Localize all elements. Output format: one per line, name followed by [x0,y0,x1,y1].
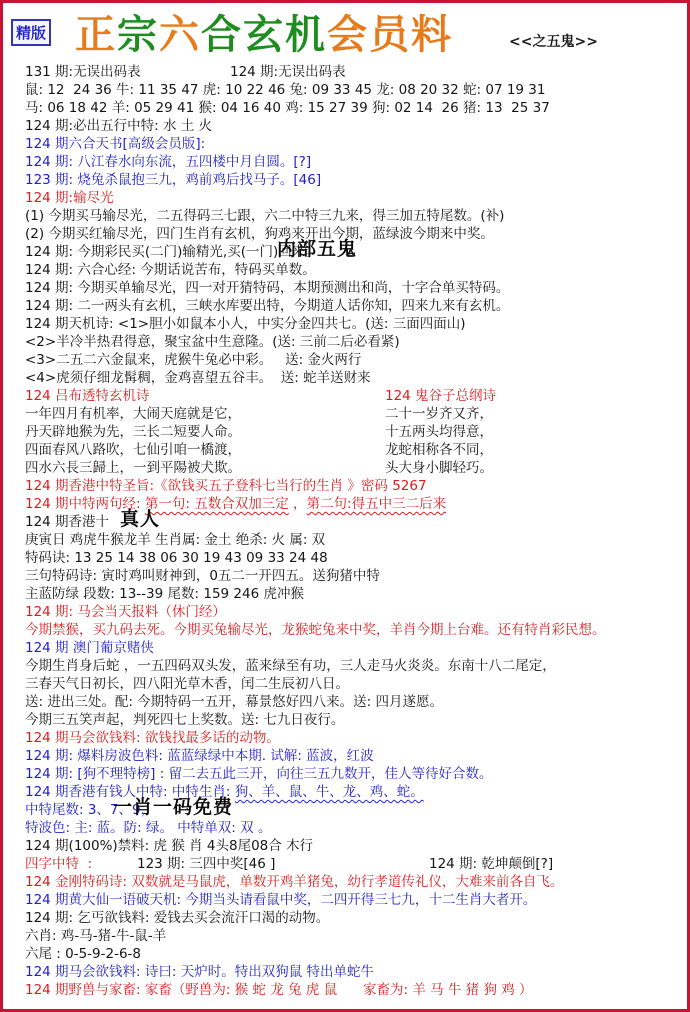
title-char: 宗 [117,12,159,58]
title-char: 料 [411,12,453,58]
text-segment: 狗、羊、鼠、牛、龙、鸡、蛇。 [235,784,424,800]
text-segment: 124 期:输尽光 [25,190,114,206]
text-line: 124 期香港十真人 [25,513,687,531]
text-segment: (1) 今期买马输尽光，二五得码三七跟，六二中特三九来，得三加五特尾数。(补) [25,208,504,224]
text-segment: 124 期: 马会当天报料（休门经） [25,604,226,620]
text-line: 中特尾数: 3、7、9，一肖一码免费 [25,801,687,819]
text-segment: 一年四月有机率，大闹天庭就是它， [25,405,385,423]
text-segment: 龙蛇相称各不同， [385,442,493,458]
text-segment: 124 期: 乾坤颠倒[?] [429,856,553,872]
text-segment: 124 期:无误出码表 [230,64,346,80]
text-line: 124 期: 六合心经: 今期话说苦布，特码买单数。 [25,261,687,279]
text-line: 124 期马会欲钱料: 欲钱找最多话的动物。 [25,729,687,747]
text-segment: 今期生肖身后蛇 ，一五四码双头发，蓝来绿至有功，三人走马火炎炎。东南十八二尾定， [25,658,556,674]
text-segment: 四面春风八路吹，七仙引咱一橋渡， [25,441,385,459]
text-segment: 124 期:必出五行中特: 水 土 火 [25,118,212,134]
text-segment: 124 期 澳门葡京赌侠 [25,640,154,656]
text-segment: 124 金刚特码诗: 双数就是马鼠虎，单数开鸡羊猪兔，幼行孝道传礼仪，大难来前各… [25,874,563,890]
text-segment: ， [289,496,307,512]
text-segment: 六尾 : 0-5-9-2-6-8 [25,946,141,962]
text-line: 124 期野兽与家畜: 家畜（野兽为: 猴 蛇 龙 兔 虎 鼠 家畜为: 羊 马… [25,981,687,999]
text-line: 四水六長三歸上，一到平陽被犬欺。头大身小脚轻巧。 [25,459,687,477]
title-char: 机 [285,12,327,58]
title-char: 会 [327,12,369,58]
text-line: 124 期香港中特圣旨:《欲钱买五子登科七当行的生肖 》密码 5267 [25,477,687,495]
bold-overlay-text: 真人 [120,510,160,528]
text-line: 马: 06 18 42 羊: 05 29 41 猴: 04 16 40 鸡: 1… [25,99,687,117]
text-line: <4>虎须仔细龙髯稠，金鸡喜望五谷丰。 送: 蛇羊送财来 [25,369,687,387]
text-line: 送: 进出三处。配: 今期特码一五开，幕景悠好四八来。送: 四月遂愿。 [25,693,687,711]
text-segment: 二十一岁齐又齐， [385,406,493,422]
edition-badge: 精版 [11,19,51,46]
text-line: <3>二五二六金鼠来，虎猴牛兔必中彩。 送: 金火两行 [25,351,687,369]
text-segment: 特码诀: 13 25 14 38 06 30 19 43 09 33 24 48 [25,550,328,566]
text-segment: 四字中特 : [25,855,137,873]
text-segment: 124 期香港十 [25,514,109,530]
text-segment: 124 期: 今期彩民买(二门)输精光,买(一门)回来。 [25,244,319,260]
text-line: 丹天辟地猴为先，三长二短要人命。十五两头均得意， [25,423,687,441]
text-segment: 124 期马会欲钱料: 诗曰: 天炉时。特出双狗鼠 特出单蛇牛 [25,964,374,980]
text-line: 124 期:输尽光 [25,189,687,207]
text-segment: 124 期: 今期买单输尽光，四一对开猜特码，本期预测出和尚，十字合单买特码。 [25,280,509,296]
text-segment: 124 期六合天书[高级会员版]: [25,136,205,152]
text-line: 庚寅日 鸡虎牛猴龙羊 生肖属: 金土 绝杀: 火 属: 双 [25,531,687,549]
text-segment: 124 期香港中特圣旨:《欲钱买五子登科七当行的生肖 》密码 5267 [25,478,427,494]
text-segment: 124 期: 六合心经: 今期话说苦布，特码买单数。 [25,262,316,278]
text-line: 鼠: 12 24 36 牛: 11 35 47 虎: 10 22 46 兔: 0… [25,81,687,99]
text-line: 124 期: 八江春水向东流，五四楼中月自圆。[?] [25,153,687,171]
text-line: 六肖: 鸡-马-猪-牛-鼠-羊 [25,927,687,945]
text-line: 三春天气日初长，四八阳光草木香，闰二生辰初八日。 [25,675,687,693]
text-line: 六尾 : 0-5-9-2-6-8 [25,945,687,963]
text-segment: <3>二五二六金鼠来，虎猴牛兔必中彩。 送: 金火两行 [25,352,361,368]
page-header: 精版 正宗六合玄机会员料 <<之五鬼>> [3,3,687,59]
text-segment: 鼠: 12 24 36 牛: 11 35 47 虎: 10 22 46 兔: 0… [25,82,546,98]
text-line: 124 期六合天书[高级会员版]: [25,135,687,153]
text-segment: 124 期: 爆料房波色料: 蓝蓝绿绿中本期. 试解: 蓝波，红波 [25,748,374,764]
page-title: 正宗六合玄机会员料 [75,3,453,60]
text-segment: 124 期: [狗不理特榜] : 留二去五此三开，向往三五九数开，佳人等待好合数… [25,766,493,782]
text-line: 124 吕布透特玄机诗124 鬼谷子总纲诗 [25,387,687,405]
member-tips-sheet: 精版 正宗六合玄机会员料 <<之五鬼>> 131 期:无误出码表124 期:无误… [0,0,690,1012]
text-line: 124 期: 二一两头有玄机，三峡水库要出特，今期道人话你知，四来九来有玄机。 [25,297,687,315]
text-line: 124 期 澳门葡京赌侠 [25,639,687,657]
text-line: 124 期: 今期彩民买(二门)输精光,买(一门)回来。内部五鬼 [25,243,687,261]
text-line: 今期禁猴，买九码去死。今期买兔输尽光，龙猴蛇兔来中奖，羊肖今期上台难。还有特肖彩… [25,621,687,639]
text-segment: 今期禁猴，买九码去死。今期买兔输尽光，龙猴蛇兔来中奖，羊肖今期上台难。还有特肖彩… [25,622,606,638]
title-char: 员 [369,12,411,58]
text-line: 今期三五笑声起，判死四七上奖数。送: 七九日夜行。 [25,711,687,729]
title-char: 正 [75,12,117,58]
text-line: 124 期(100%)禁料: 虎 猴 肖 4头8尾08合 木行 [25,837,687,855]
text-line: 特波色: 主: 蓝。防: 绿。 中特单双: 双 。 [25,819,687,837]
text-segment: 第一句: 五数合双加三定 [145,496,289,512]
title-char: 六 [159,12,201,58]
text-segment: 六肖: 鸡-马-猪-牛-鼠-羊 [25,928,166,944]
text-line: 今期生肖身后蛇 ，一五四码双头发，蓝来绿至有功，三人走马火炎炎。东南十八二尾定， [25,657,687,675]
text-line: 四字中特 :123 期: 三四中奖[46 ]124 期: 乾坤颠倒[?] [25,855,687,873]
text-line: 四面春风八路吹，七仙引咱一橋渡，龙蛇相称各不同， [25,441,687,459]
text-line: 124 期马会欲钱料: 诗曰: 天炉时。特出双狗鼠 特出单蛇牛 [25,963,687,981]
text-segment: 124 吕布透特玄机诗 [25,387,385,405]
bold-overlay-text: 一肖一码免费 [113,798,233,816]
text-segment: <2>半冷半热君得意，聚宝盆中生意隆。(送: 三前二后必看紧) [25,334,400,350]
text-segment: 124 期: 乞丐欲钱料: 爱钱去买会流汗口渴的动物。 [25,910,329,926]
text-line: 一年四月有机率，大闹天庭就是它，二十一岁齐又齐， [25,405,687,423]
text-line: 124 期:必出五行中特: 水 土 火 [25,117,687,135]
text-line: 三句特码诗: 寅时鸡叫财神到，0五二一开四五。送狗猪中特 [25,567,687,585]
text-segment: 131 期:无误出码表 [25,63,230,81]
text-segment: 124 期: 二一两头有玄机，三峡水库要出特，今期道人话你知，四来九来有玄机。 [25,298,509,314]
title-char: 玄 [243,12,285,58]
text-segment: 十五两头均得意， [385,424,493,440]
text-line: 124 期: 今期买单输尽光，四一对开猜特码，本期预测出和尚，十字合单买特码。 [25,279,687,297]
text-line: <2>半冷半热君得意，聚宝盆中生意隆。(送: 三前二后必看紧) [25,333,687,351]
text-segment: 庚寅日 鸡虎牛猴龙羊 生肖属: 金土 绝杀: 火 属: 双 [25,532,325,548]
text-line: 124 期黄大仙一语破天机: 今期当头请看鼠中奖，二四开得三七九，十二生肖大者开… [25,891,687,909]
text-segment: (2) 今期买红输尽光，四门生肖有玄机，狗鸡来开出今期，蓝绿波今期来中奖。 [25,226,494,242]
text-line: 特码诀: 13 25 14 38 06 30 19 43 09 33 24 48 [25,549,687,567]
text-line: 131 期:无误出码表124 期:无误出码表 [25,63,687,81]
text-segment: 123 期: 三四中奖[46 ] [137,855,429,873]
text-segment: 四水六長三歸上，一到平陽被犬欺。 [25,459,385,477]
text-segment: 主蓝防绿 段数: 13--39 尾数: 159 246 虎冲猴 [25,586,304,602]
text-segment: 124 期黄大仙一语破天机: 今期当头请看鼠中奖，二四开得三七九，十二生肖大者开… [25,892,536,908]
text-segment: 丹天辟地猴为先，三长二短要人命。 [25,423,385,441]
text-segment: 124 鬼谷子总纲诗 [385,388,496,404]
text-line: (1) 今期买马输尽光，二五得码三七跟，六二中特三九来，得三加五特尾数。(补) [25,207,687,225]
text-segment: 今期三五笑声起，判死四七上奖数。送: 七九日夜行。 [25,712,344,728]
text-segment: 124 期野兽与家畜: 家畜（野兽为: 猴 蛇 龙 兔 虎 鼠 家畜为: 羊 马… [25,982,533,998]
text-segment: 124 期马会欲钱料: 欲钱找最多话的动物。 [25,730,280,746]
text-segment: 124 期(100%)禁料: 虎 猴 肖 4头8尾08合 木行 [25,838,313,854]
title-char: 合 [201,12,243,58]
bold-overlay-text: 内部五鬼 [277,240,357,258]
text-segment: 123 期: 烧兔杀鼠抱三九，鸡前鸡后找马子。[46] [25,172,321,188]
text-segment: <4>虎须仔细龙髯稠，金鸡喜望五谷丰。 送: 蛇羊送财来 [25,370,371,386]
text-segment: 124 期天机诗: <1>胆小如鼠本小人，中实分金四共七。(送: 三面四面山) [25,316,465,332]
text-line: 124 期: 爆料房波色料: 蓝蓝绿绿中本期. 试解: 蓝波，红波 [25,747,687,765]
text-segment: 三句特码诗: 寅时鸡叫财神到，0五二一开四五。送狗猪中特 [25,568,380,584]
text-line: 124 期: 乞丐欲钱料: 爱钱去买会流汗口渴的动物。 [25,909,687,927]
text-segment: 124 期: 八江春水向东流，五四楼中月自圆。[?] [25,154,311,170]
text-line: 124 期天机诗: <1>胆小如鼠本小人，中实分金四共七。(送: 三面四面山) [25,315,687,333]
content-lines: 131 期:无误出码表124 期:无误出码表鼠: 12 24 36 牛: 11 … [3,59,687,999]
text-line: 124 期: 马会当天报料（休门经） [25,603,687,621]
text-line: 124 期: [狗不理特榜] : 留二去五此三开，向往三五九数开，佳人等待好合数… [25,765,687,783]
text-segment: 特波色: 主: 蓝。防: 绿。 中特单双: 双 。 [25,820,271,836]
text-segment: 第二句:得五中三二后来 [307,496,447,512]
page-subtitle: <<之五鬼>> [509,31,598,51]
text-line: 主蓝防绿 段数: 13--39 尾数: 159 246 虎冲猴 [25,585,687,603]
text-segment: 送: 进出三处。配: 今期特码一五开，幕景悠好四八来。送: 四月遂愿。 [25,694,443,710]
text-line: 123 期: 烧兔杀鼠抱三九，鸡前鸡后找马子。[46] [25,171,687,189]
text-line: 124 金刚特码诗: 双数就是马鼠虎，单数开鸡羊猪兔，幼行孝道传礼仪，大难来前各… [25,873,687,891]
text-segment: 头大身小脚轻巧。 [385,460,493,476]
text-segment: 马: 06 18 42 羊: 05 29 41 猴: 04 16 40 鸡: 1… [25,100,550,116]
text-segment: 三春天气日初长，四八阳光草木香，闰二生辰初八日。 [25,676,349,692]
